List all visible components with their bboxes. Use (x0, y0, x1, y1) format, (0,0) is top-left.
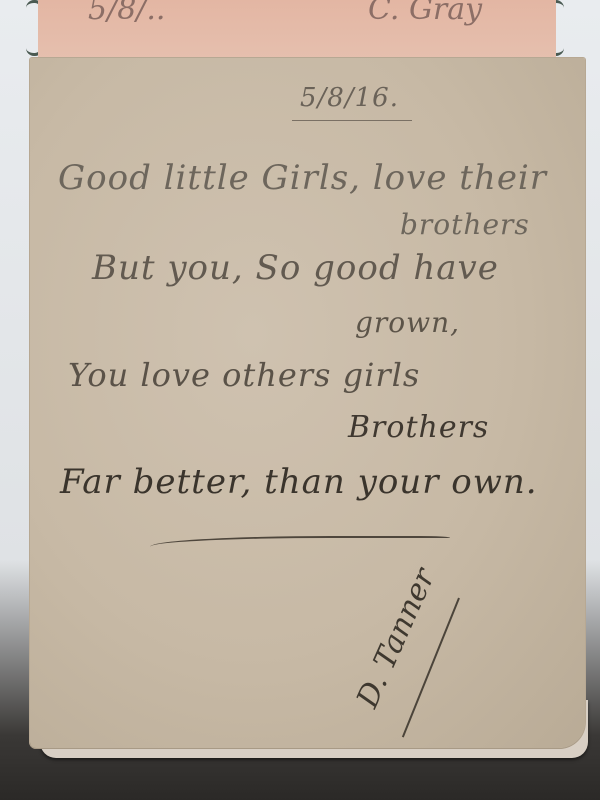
verse-line-5: You love others girls (68, 356, 420, 394)
verse-line-1: Good little Girls, love their (58, 158, 547, 198)
back-page-text-right: C. Gray (368, 0, 482, 27)
signature: D. Tanner (350, 563, 442, 713)
album-page: 5/8/16. Good little Girls, love their br… (30, 58, 585, 748)
verse-line-2: brothers (400, 208, 530, 241)
verse-line-4: grown, (355, 306, 460, 339)
page-date: 5/8/16. (300, 83, 399, 113)
back-page-text-left: 5/8/.. (88, 0, 165, 27)
verse-line-6: Brothers (348, 410, 489, 445)
verse-line-3: But you, So good have (92, 248, 499, 288)
date-underline (292, 120, 412, 121)
verse-line-7: Far better, than your own. (60, 462, 538, 502)
flourish-line (150, 536, 450, 554)
